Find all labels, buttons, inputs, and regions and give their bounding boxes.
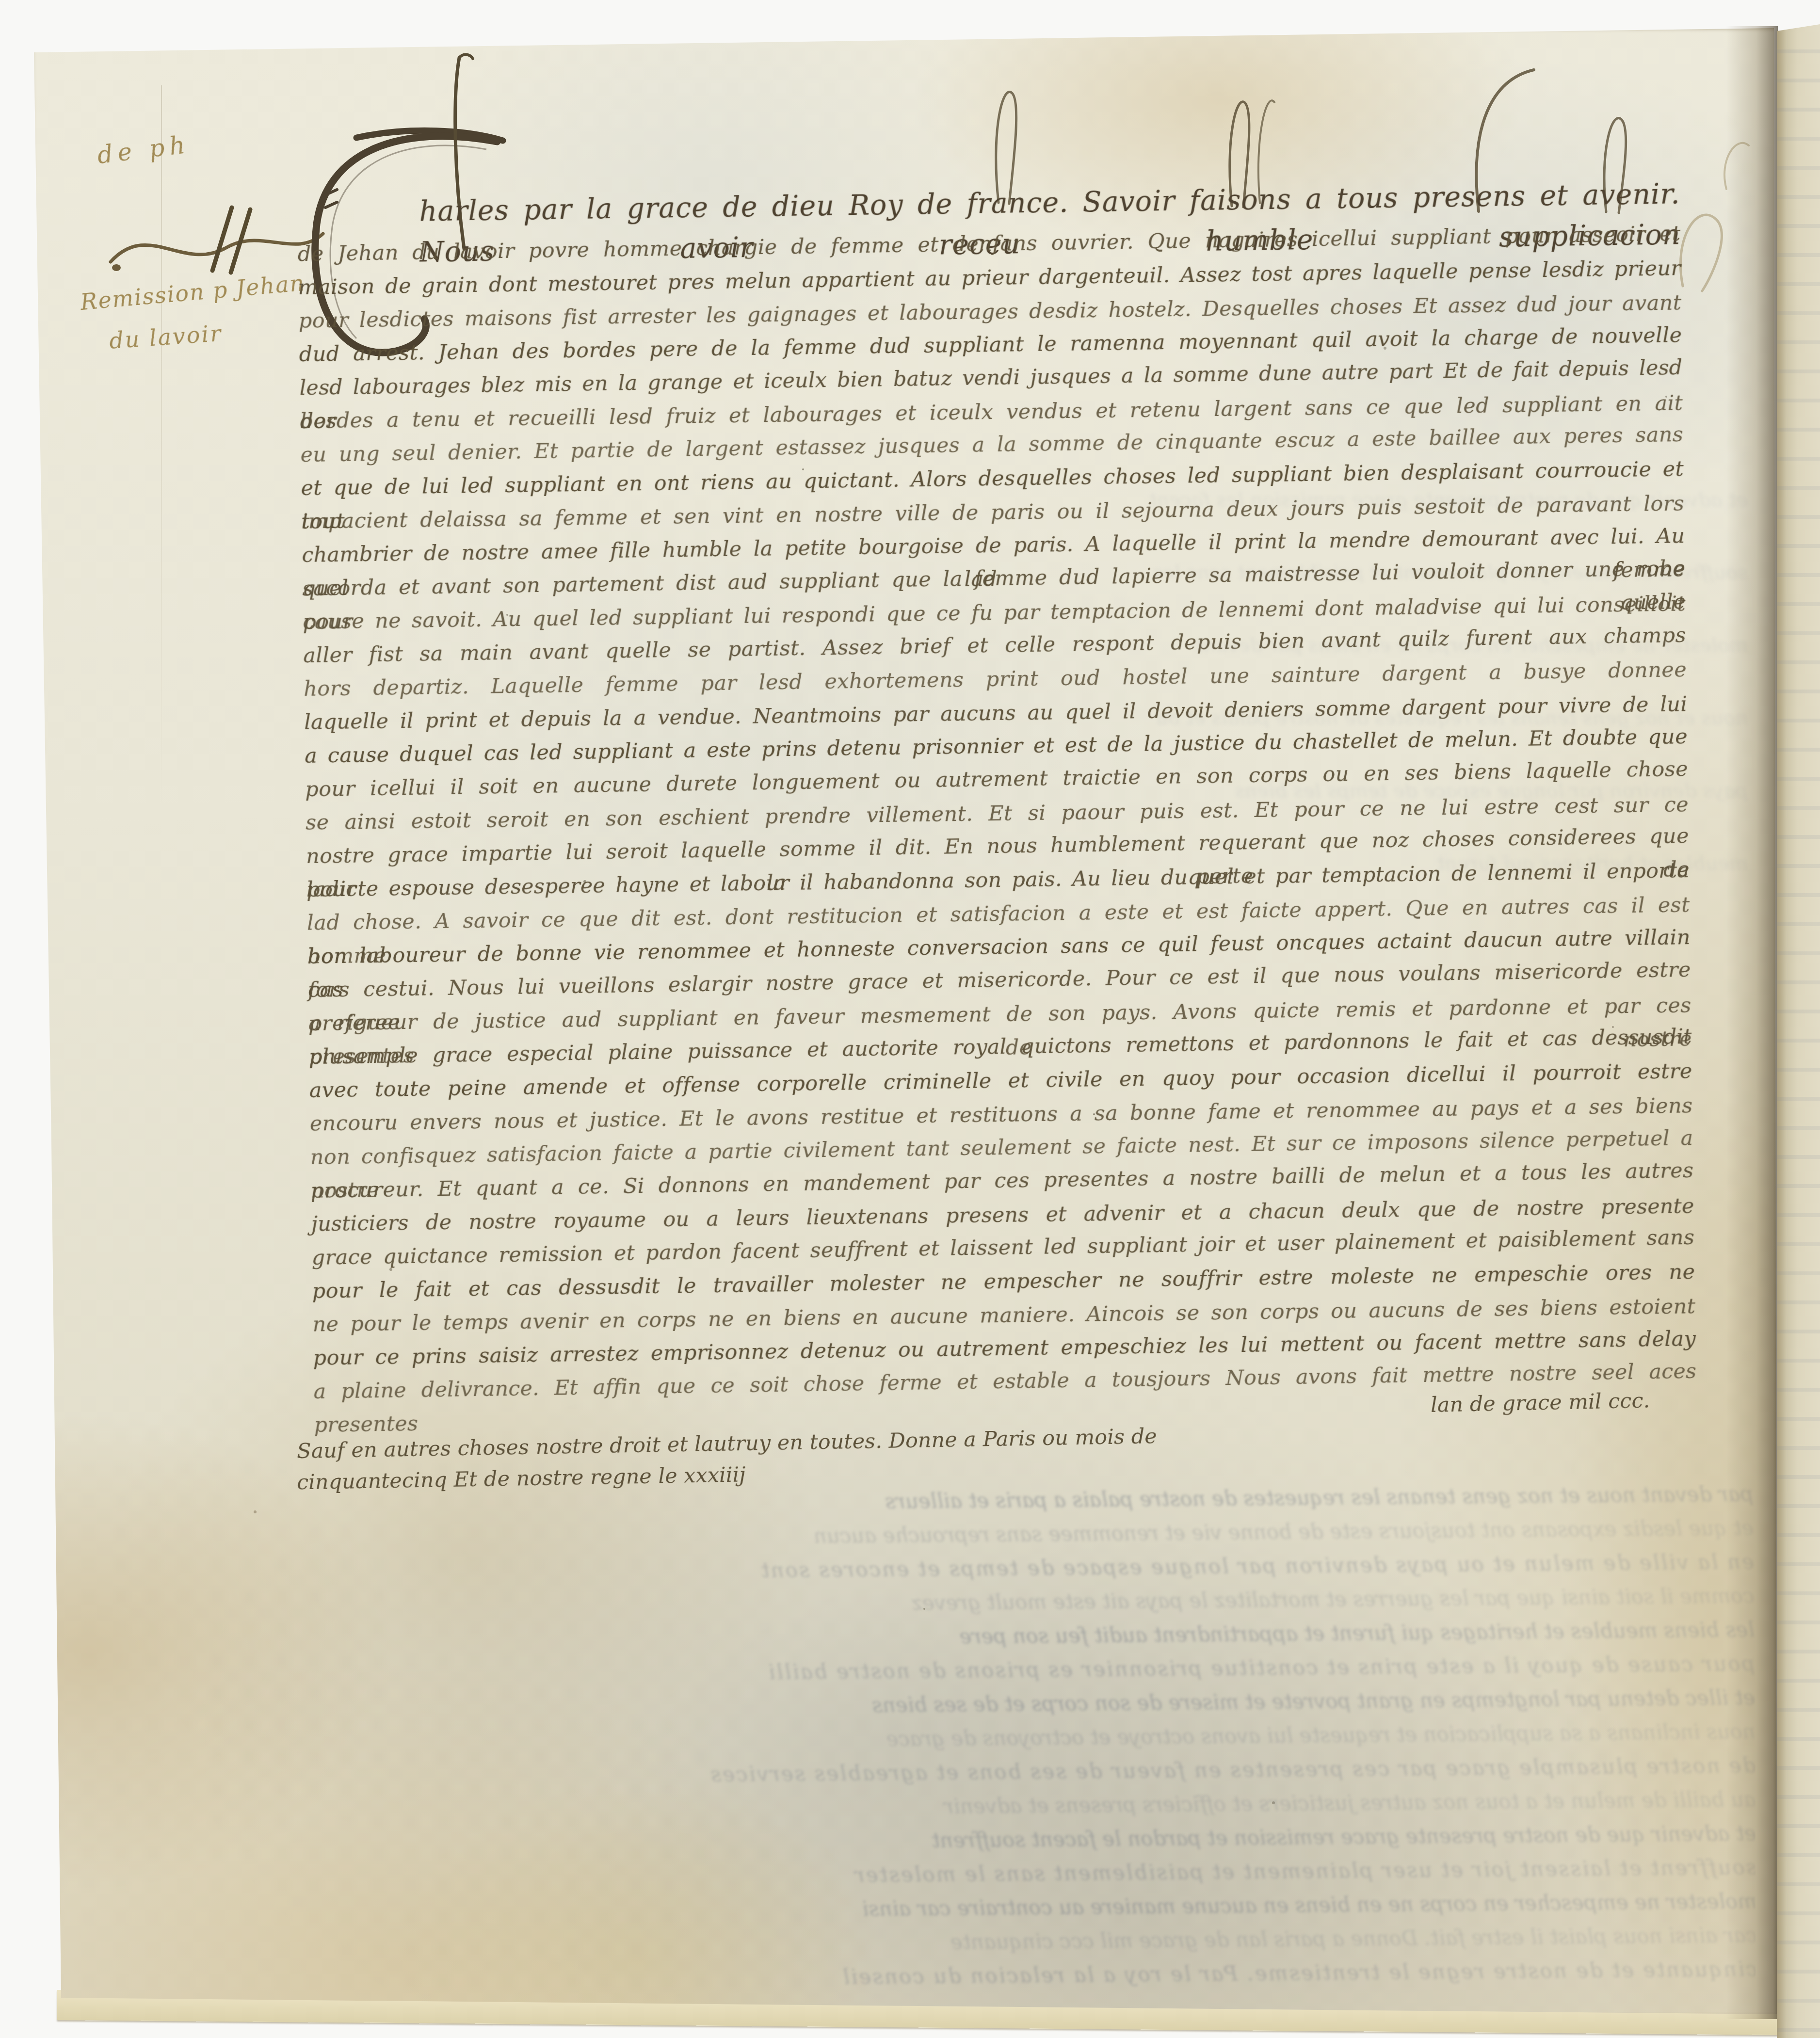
ink-specks bbox=[31, 27, 33, 29]
scan-surface: de ph Remission p Jehan du lavoir C bbox=[0, 0, 1820, 2038]
verso-showthrough: par devant nous et noz gens tenans les r… bbox=[209, 1484, 1756, 1998]
margin-shelfmark: de ph bbox=[96, 130, 191, 170]
gutter-crease bbox=[1726, 26, 1778, 2019]
manuscript-page: de ph Remission p Jehan du lavoir C bbox=[31, 27, 1777, 2018]
margin-title-line2: du lavoir bbox=[108, 320, 223, 354]
facing-page-strip bbox=[1777, 24, 1820, 2038]
ghost-block: par devant nous et noz gens tenans les r… bbox=[206, 1477, 1757, 2005]
verso-showthrough-upper: et advenir que de nostre presente grace … bbox=[1146, 464, 1748, 1433]
fold-crease-line bbox=[161, 85, 162, 813]
